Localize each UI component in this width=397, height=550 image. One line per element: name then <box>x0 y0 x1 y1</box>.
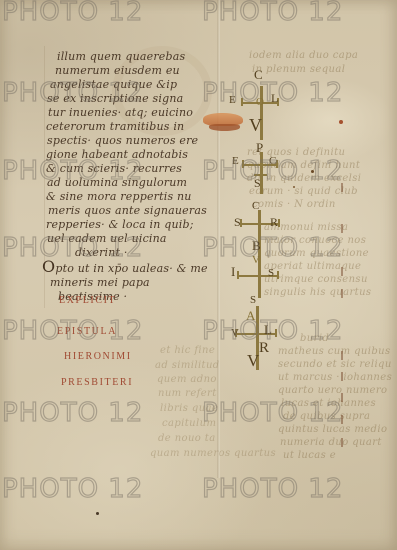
manuscript-text-line: numerum eiusdem eu <box>55 64 224 78</box>
watermark-text: PHOTO 12 <box>2 398 143 428</box>
watermark-text: PHOTO 12 <box>2 233 143 263</box>
manuscript-text-line: & sine mora reppertis nu <box>46 190 224 204</box>
bleedthrough-line: quarto uero numero <box>278 385 387 396</box>
monogram-letter: I <box>231 265 235 278</box>
watermark-text: PHOTO 12 <box>202 233 343 263</box>
cross-end-serif <box>237 271 239 279</box>
watermark-text: PHOTO 12 <box>202 156 343 186</box>
monogram-letter: V <box>247 352 259 369</box>
bleedthrough-line: ad similitud <box>155 360 220 371</box>
bleedthrough-line: et hic fine <box>160 345 215 356</box>
watermark-text: PHOTO 12 <box>2 78 143 108</box>
cross-end-serif <box>277 271 279 279</box>
bleedthrough-line: ut lucas e <box>283 450 336 461</box>
bleedthrough-line: de nouo ta <box>158 433 216 444</box>
bleedthrough-line: numeria duo quart <box>280 437 382 448</box>
monogram-letter: P <box>256 141 263 154</box>
manuscript-text-line: mineris mei papa <box>50 276 224 290</box>
monogram-letter: S <box>250 295 256 306</box>
watermark-text: PHOTO 12 <box>202 0 343 27</box>
bleedthrough-line: singulis his quartus <box>264 287 371 298</box>
bleedthrough-line: ut marcus · iohannes <box>278 372 392 383</box>
margin-tick-mark <box>341 372 343 381</box>
rubric-line: PRESBITERI <box>61 377 133 388</box>
manuscript-text-line: meris quos ante signaueras <box>48 204 224 218</box>
monogram-letter: R <box>270 216 278 228</box>
bleedthrough-line: iodem alia duo capa <box>249 50 358 61</box>
ink-speck <box>339 120 343 124</box>
monogram-letter: V <box>249 116 262 134</box>
ink-speck <box>293 186 295 188</box>
margin-tick-mark <box>341 351 343 360</box>
watermark-text: PHOTO 12 <box>2 0 143 27</box>
watermark-text: PHOTO 12 <box>2 156 143 186</box>
monogram-letter: C <box>252 201 259 212</box>
bleedthrough-line: quam numeros quartus <box>150 448 276 459</box>
watermark-text: PHOTO 12 <box>2 474 143 504</box>
manuscript-text-line: illum quem quaerebas <box>57 50 224 64</box>
bleedthrough-line: secundo et sic reliqu <box>278 359 392 370</box>
manuscript-photo: iodem alia duo capain plenum sequalret q… <box>0 0 397 550</box>
watermark-text: PHOTO 12 <box>202 398 343 428</box>
bleedthrough-line: utrimque consensu <box>264 274 368 285</box>
bleedthrough-line: in plenum sequal <box>252 64 345 75</box>
bleedthrough-line: quem adno <box>157 374 217 385</box>
margin-tick-mark <box>341 289 343 298</box>
monogram-letter: S <box>234 216 241 228</box>
watermark-text: PHOTO 12 <box>202 474 343 504</box>
margin-tick-mark <box>341 267 343 276</box>
monogram-letter: S <box>268 268 274 279</box>
watermark-text: PHOTO 12 <box>2 316 143 346</box>
margin-tick-mark <box>341 224 343 233</box>
watermark-text: PHOTO 12 <box>202 316 343 346</box>
margin-tick-mark <box>341 438 343 447</box>
rubric-line: HIERONIMI <box>64 351 132 362</box>
manuscript-text-line: tur inuenies· atq; euicino <box>48 106 224 120</box>
manuscript-text-line: ceterorum tramitibus in <box>46 120 224 134</box>
watermark-text: PHOTO 12 <box>202 78 343 108</box>
manuscript-text-line: spectis· quos numeros ere <box>47 134 224 148</box>
manuscript-text-line: repperies· & loca in quib; <box>46 218 224 232</box>
bleedthrough-line: comis · N ordin <box>252 199 336 210</box>
rubric-line: EXPLICIT <box>59 295 116 306</box>
bleedthrough-line: matheus cum quibus <box>278 346 391 357</box>
ink-speck <box>96 512 99 515</box>
cross-end-serif <box>278 219 280 227</box>
